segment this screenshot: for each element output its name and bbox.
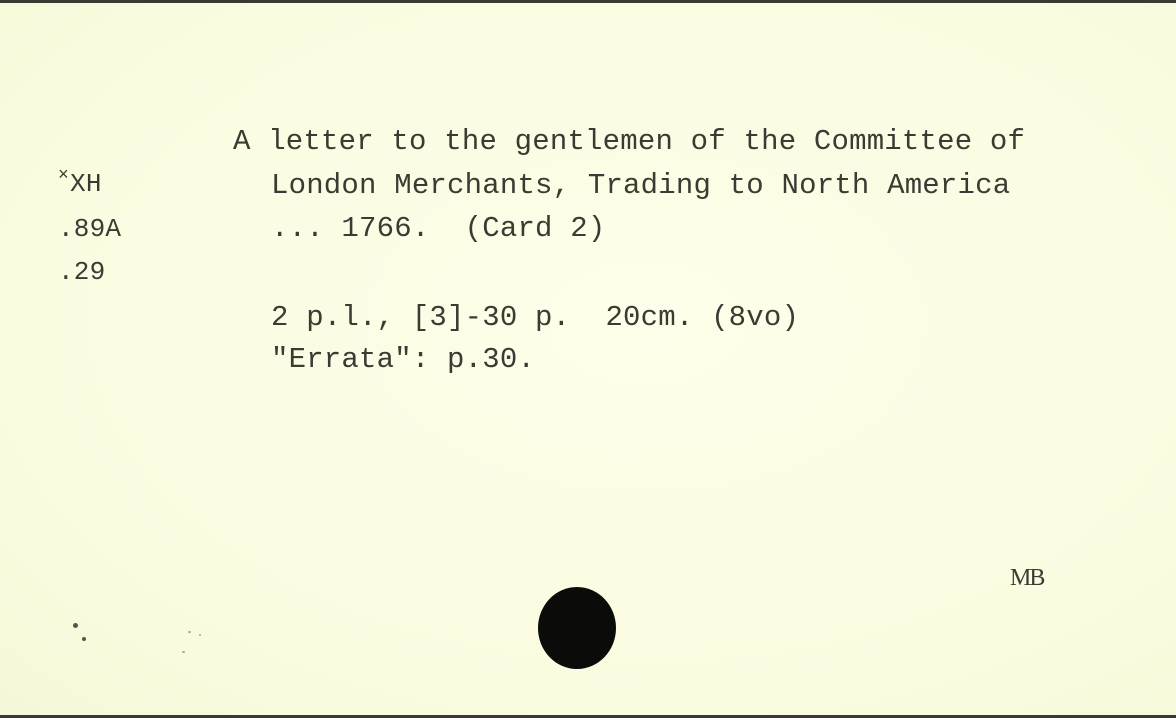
star-marker: × xyxy=(58,166,69,186)
collation-line-1: 2 p.l., [3]-30 p. 20cm. (8vo) xyxy=(271,303,799,332)
speck xyxy=(182,651,185,653)
speck xyxy=(73,623,78,628)
speck xyxy=(82,637,86,641)
speck xyxy=(188,631,191,633)
title-line-1: A letter to the gentlemen of the Committ… xyxy=(233,127,1025,156)
cataloger-initials: MB xyxy=(1010,566,1043,590)
title-line-2: London Merchants, Trading to North Ameri… xyxy=(271,171,1010,200)
catalog-card: ×XH .89A .29 A letter to the gentlemen o… xyxy=(0,3,1176,715)
call-number-line-2: .89A xyxy=(58,216,121,242)
collation-line-2: "Errata": p.30. xyxy=(271,345,535,374)
call-number-line-1: ×XH xyxy=(58,171,102,197)
speck xyxy=(199,634,201,636)
call-number-line-3: .29 xyxy=(58,259,105,285)
title-line-3: ... 1766. (Card 2) xyxy=(271,214,605,243)
punch-hole xyxy=(538,587,616,669)
